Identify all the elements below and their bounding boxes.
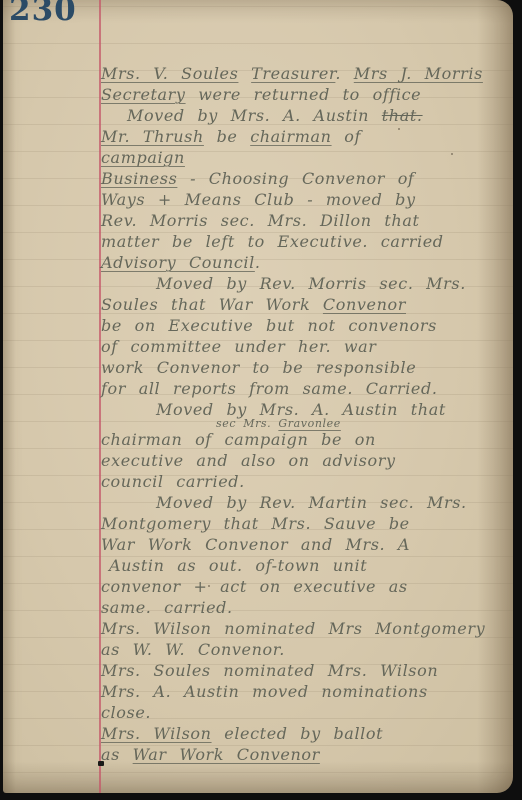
underlined-text: Advisory Council [101,253,255,272]
handwriting-block: Mrs. V. Soules Treasurer. Mrs J. MorrisS… [101,63,511,765]
handwritten-line: as War Work Convenor [101,744,511,765]
handwritten-text: as [101,745,133,764]
handwritten-line: Secretary were returned to office [101,84,511,105]
handwritten-text: council carried. [101,472,245,491]
handwritten-line: as W. W. Convenor. [101,639,511,660]
handwritten-line: War Work Convenor and Mrs. A [101,534,511,555]
ledger-page: 230 Mrs. V. Soules Treasurer. Mrs J. Mor… [3,0,513,793]
handwritten-text: Moved by Rev. Morris sec. Mrs. [156,274,466,293]
handwritten-text [238,64,251,83]
handwritten-line: matter be left to Executive. carried [101,231,511,252]
handwritten-line: Austin as out. of-town unit [101,555,511,576]
handwritten-text: Mrs. A. Austin moved nominations [101,682,428,701]
handwritten-text: War Work Convenor and Mrs. A [101,535,410,554]
handwritten-line: Rev. Morris sec. Mrs. Dillon that [101,210,511,231]
handwritten-text: same. carried. [101,598,233,617]
struck-text: that. [382,106,423,125]
handwritten-line: campaign [101,147,511,168]
handwritten-line: Montgomery that Mrs. Sauve be [101,513,511,534]
handwritten-text: of [332,127,361,146]
ink-blot [98,761,104,766]
handwritten-text: work Convenor to be responsible [101,358,416,377]
handwritten-line: Ways + Means Club - moved by [101,189,511,210]
underlined-text: campaign [101,148,185,167]
handwritten-line: same. carried. [101,597,511,618]
handwritten-text: . [335,64,353,83]
handwritten-line: Business - Choosing Convenor of [101,168,511,189]
underlined-text: Mr. Thrush [101,127,204,146]
handwritten-text: chairman of campaign be on [101,430,376,449]
handwritten-text: Soules that War Work [101,295,323,314]
handwritten-text: Austin as out. of-town unit [109,556,367,575]
handwritten-text: Mrs. Soules nominated Mrs. Wilson [101,661,438,680]
handwritten-text: - Choosing Convenor of [177,169,414,188]
handwritten-line: Moved by Rev. Morris sec. Mrs. [101,273,511,294]
handwritten-text: matter be left to Executive. carried [101,232,444,251]
handwritten-line: Mrs. A. Austin moved nominations [101,681,511,702]
handwritten-text: close. [101,703,151,722]
handwritten-line: for all reports from same. Carried. [101,378,511,399]
handwritten-text: Moved by Mrs. A. Austin [127,106,382,125]
handwritten-line: Moved by Rev. Martin sec. Mrs. [101,492,511,513]
handwritten-line: of committee under her. war [101,336,511,357]
handwritten-line: Soules that War Work Convenor [101,294,511,315]
underlined-text: Secretary [101,85,186,104]
handwritten-text: Ways + Means Club - moved by [101,190,416,209]
underlined-text: War Work Convenor [133,745,320,764]
handwritten-line: chairman of campaign be on [101,429,511,450]
handwritten-text: elected by ballot [212,724,384,743]
handwritten-text: were returned to office [186,85,422,104]
handwritten-line: close. [101,702,511,723]
handwritten-text: of committee under her. war [101,337,377,356]
handwritten-line: Mrs. Soules nominated Mrs. Wilson [101,660,511,681]
handwritten-line: council carried. [101,471,511,492]
handwritten-line: Mr. Thrush be chairman of [101,126,511,147]
handwritten-line: Mrs. Wilson nominated Mrs Montgomery [101,618,511,639]
page-number: 230 [9,0,77,28]
underlined-text: Convenor [323,295,406,314]
handwritten-text: Mrs. Wilson nominated Mrs Montgomery [101,619,485,638]
handwritten-text: Rev. Morris sec. Mrs. Dillon that [101,211,420,230]
handwritten-text: be on Executive but not convenors [101,316,437,335]
underlined-text: Treasurer [251,64,335,83]
handwritten-text: for all reports from same. Carried. [101,379,438,398]
underlined-text: chairman [250,127,331,146]
handwritten-line: Moved by Mrs. A. Austin that. [101,105,511,126]
handwritten-line: be on Executive but not convenors [101,315,511,336]
paper-speck [208,585,210,587]
handwritten-line: convenor + act on executive as [101,576,511,597]
handwritten-text: as W. W. Convenor. [101,640,285,659]
handwritten-text: convenor + act on executive as [101,577,408,596]
handwritten-text: be [204,127,250,146]
underlined-text: Business [101,169,177,188]
handwritten-text: Moved by Rev. Martin sec. Mrs. [156,493,467,512]
handwritten-text: . [255,253,261,272]
underlined-text: Mrs J. Morris [354,64,483,83]
handwritten-line: executive and also on advisory [101,450,511,471]
underlined-text: Mrs. V. Soules [101,64,238,83]
underlined-text: Mrs. Wilson [101,724,212,743]
handwritten-line: Mrs. Wilson elected by ballot [101,723,511,744]
handwritten-text: executive and also on advisory [101,451,396,470]
paper-speck [451,153,453,155]
handwritten-line: Mrs. V. Soules Treasurer. Mrs J. Morris [101,63,511,84]
handwritten-text: Montgomery that Mrs. Sauve be [101,514,410,533]
scan-background: { "page": { "number": "230", "document_k… [0,0,522,800]
handwritten-line: Advisory Council. [101,252,511,273]
paper-speck [398,128,400,130]
handwritten-line: work Convenor to be responsible [101,357,511,378]
